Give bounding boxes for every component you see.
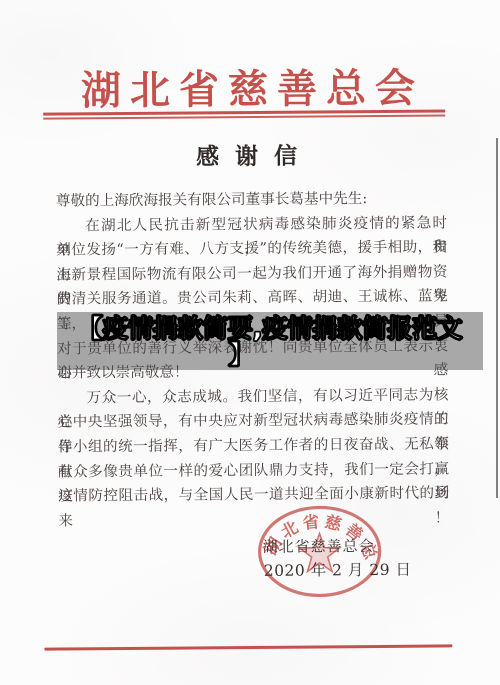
body-line: 有众多像贵单位一样的爱心团队鼎力支持，我们一定会打赢这场 (58, 457, 449, 485)
body-line: 费清关服务通道。贵公司朱莉、高晖、胡迪、王诚栋、蓝岑等员 (57, 285, 448, 313)
caption-text-line2: 】 (28, 342, 454, 368)
letter-photo: 湖北省慈善总会 感 谢 信 尊敬的上海欣海报关有限公司董事长葛基中先生: 在湖北… (0, 0, 500, 685)
letter-title: 感 谢 信 (0, 136, 499, 173)
signature-date: 2020 年 2 月 29 日 (264, 558, 412, 581)
salutation-line: 尊敬的上海欣海报关有限公司董事长葛基中先生: (56, 186, 447, 214)
body-line: 在湖北人民抗击新型冠状病毒感染肺炎疫情的紧急时刻，贵 (56, 211, 447, 239)
body-line: 单位发扬“一方有难、八方支援”的传统美德，援手相助，和上 (56, 236, 447, 264)
letterhead-org-name: 湖北省慈善总会 (0, 56, 498, 117)
body-line: 海新景程国际物流有限公司一起为我们开通了海外捐赠物资的免 (56, 260, 447, 288)
body-line: 党中央坚强领导，有中央应对新型冠状病毒感染肺炎疫情工作领 (58, 408, 449, 436)
footer-rule (44, 644, 452, 650)
caption-text-line1: 【疫情捐款简要,疫情捐款简报范文 (57, 315, 483, 342)
body-line: 导小组的统一指挥，有广大医务工作者的日夜奋战、无私奉献， (58, 432, 449, 460)
signature-org-name: 湖北省慈善总会 (263, 535, 375, 557)
paper-edge-shadow (496, 138, 498, 498)
caption-overlay: 【疫情捐款简要,疫情捐款简报范文 】 (57, 312, 483, 370)
body-line: 万众一心，众志成城。我们坚信，有以习近平同志为核心的 (57, 383, 448, 411)
